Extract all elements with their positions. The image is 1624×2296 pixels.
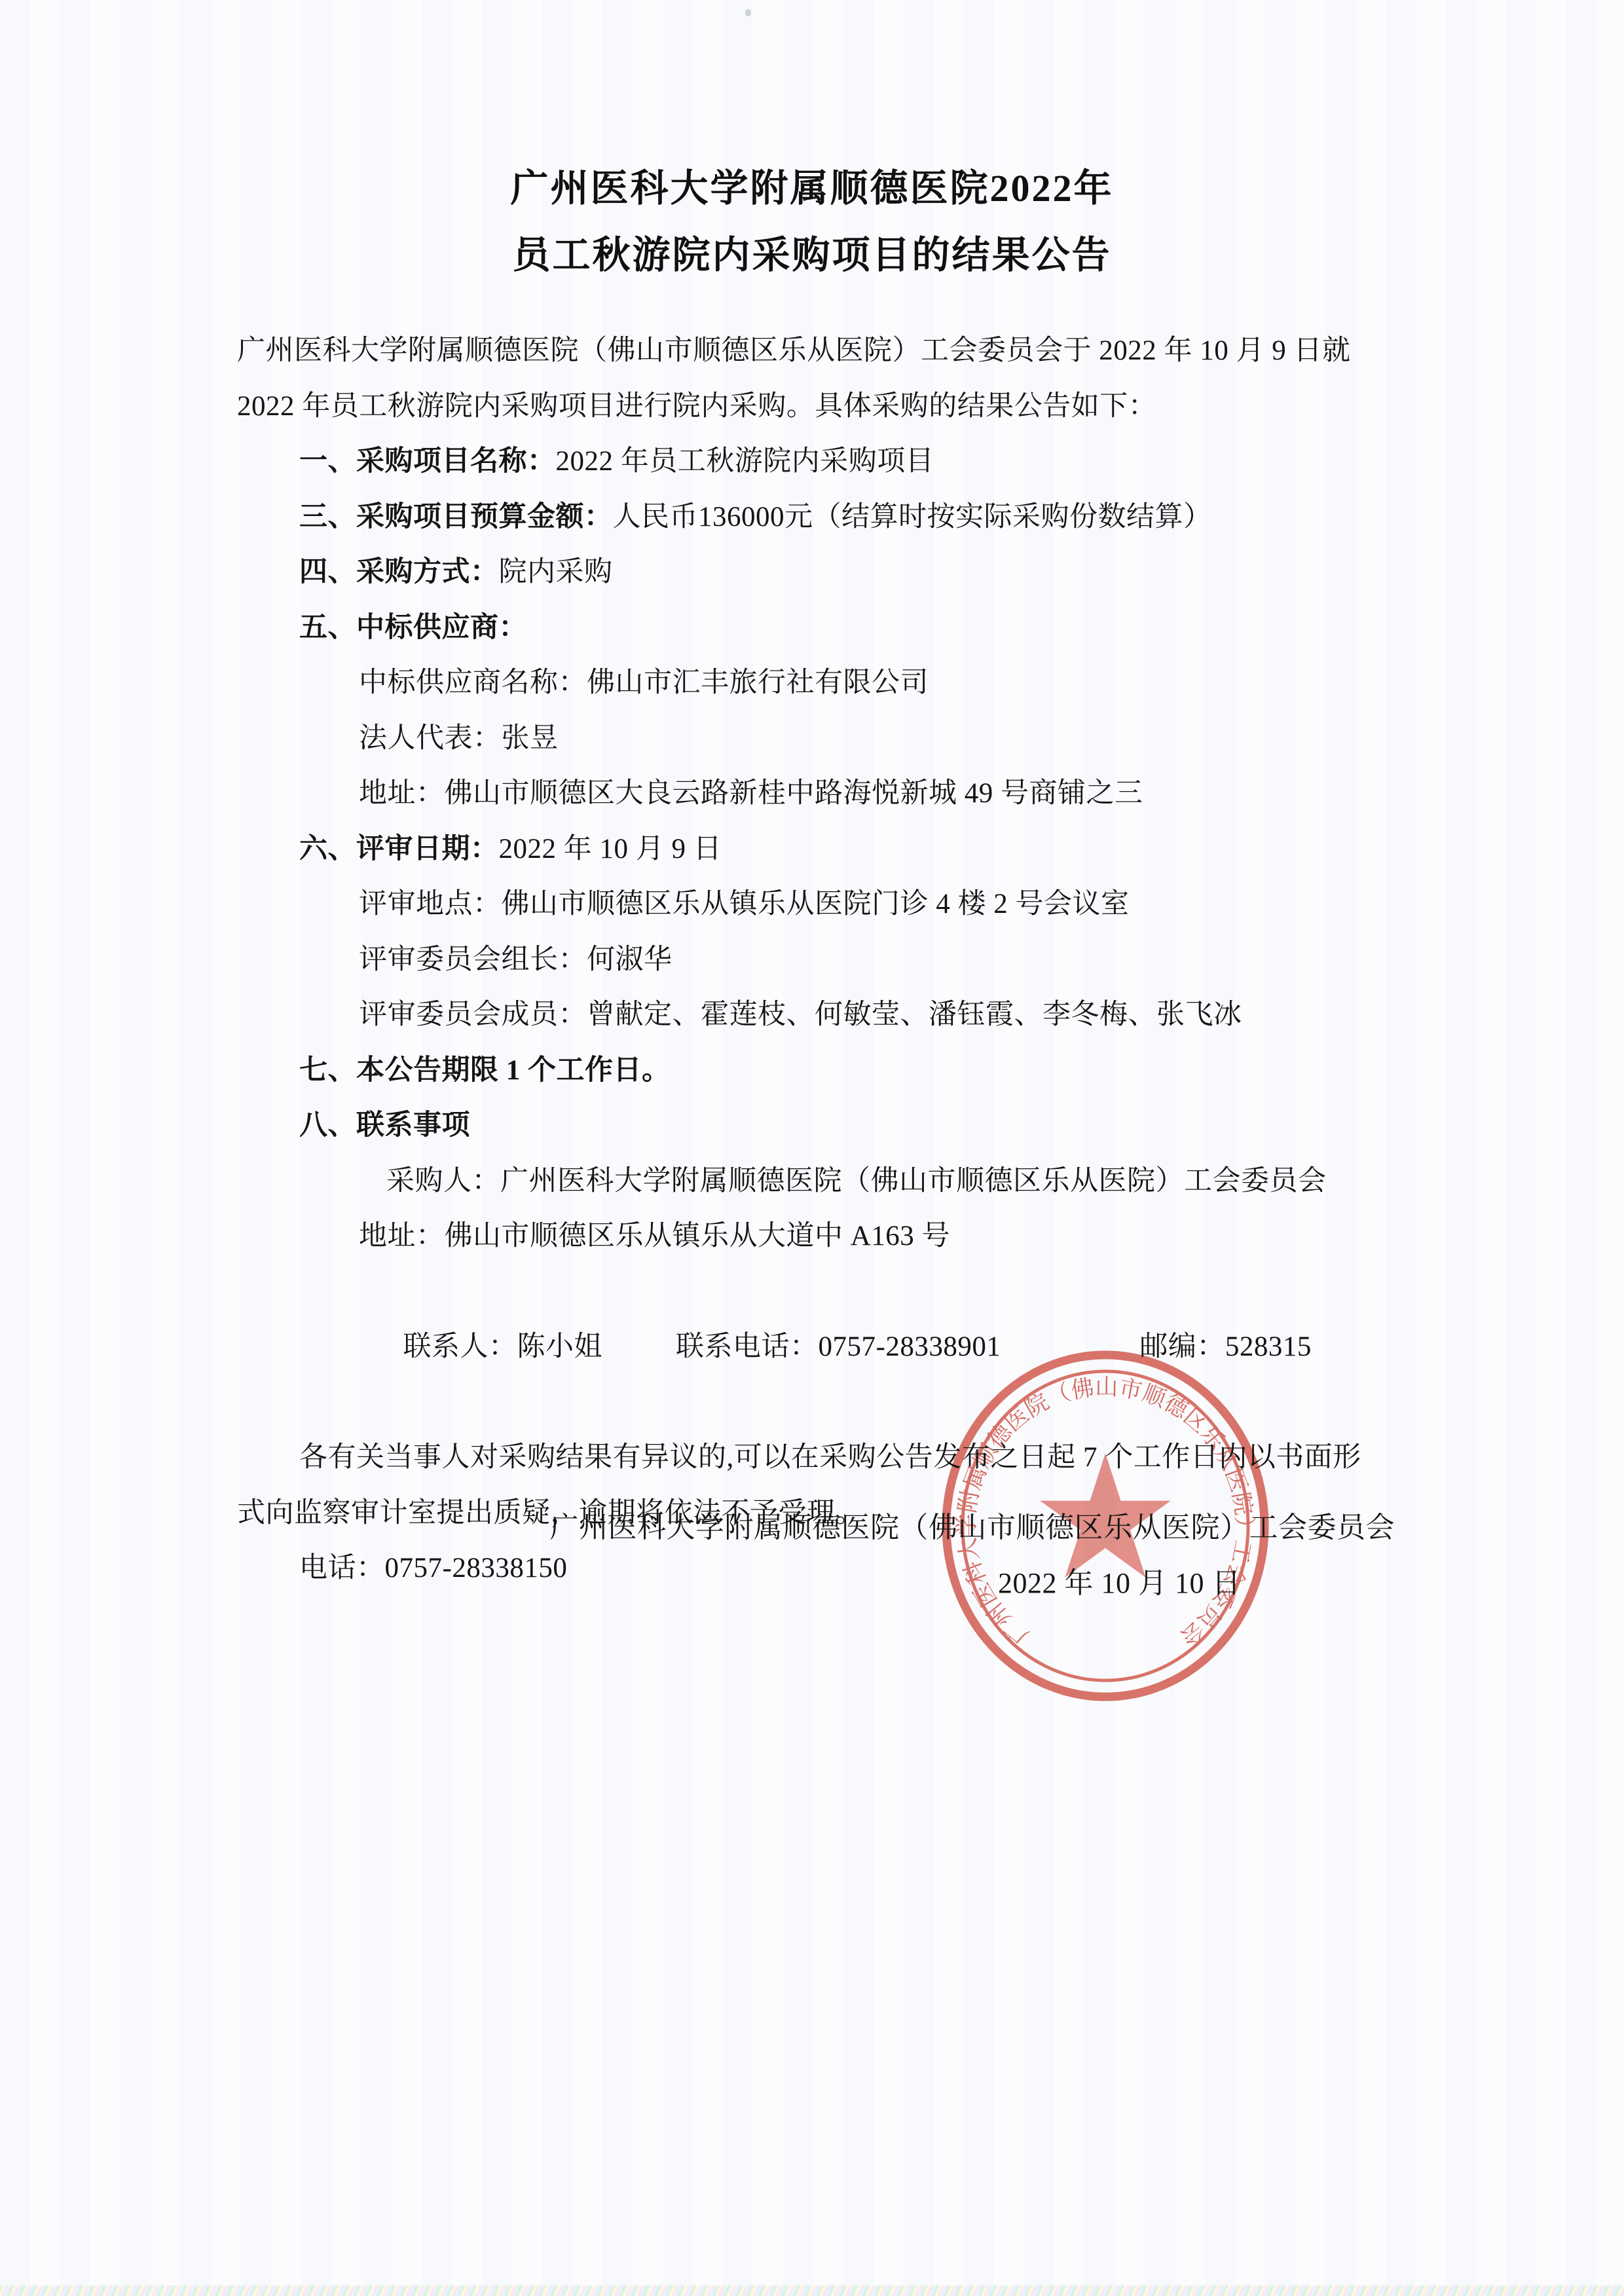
contact-phone: 联系电话：0757-28338901 [676, 1331, 1001, 1362]
item-notice-period: 七、本公告期限 1 个工作日。 [237, 1043, 1390, 1099]
contact-person: 联系人：陈小姐 [403, 1331, 603, 1362]
item-contact-section: 八、联系事项 [237, 1098, 1390, 1154]
contact-row: 联系人：陈小姐联系电话：0757-28338901邮编：528315 [237, 1265, 1390, 1431]
review-committee-members: 评审委员会成员：曾献定、霍莲枝、何敏莹、潘钰霞、李冬梅、张飞冰 [237, 988, 1390, 1043]
contact-postal-code: 邮编：528315 [1139, 1331, 1312, 1362]
date-line: 2022 年 10 月 10 日 [0, 1555, 1395, 1611]
document-body: 广州医科大学附属顺德医院（佛山市顺德区乐从医院）工会委员会于 2022 年 10… [237, 324, 1390, 1597]
scan-artifact-speck [745, 9, 751, 16]
objection-line-1: 各有关当事人对采购结果有异议的,可以在采购公告发布之日起 7 个工作日内以书面形 [237, 1430, 1390, 1486]
buyer-address-line: 地址：佛山市顺德区乐从镇乐从大道中 A163 号 [237, 1209, 1390, 1265]
supplier-name: 中标供应商名称：佛山市汇丰旅行社有限公司 [237, 656, 1390, 711]
document-footer: 广州医科大学附属顺德医院（佛山市顺德区乐从医院）工会委员会 2022 年 10 … [0, 1500, 1395, 1611]
supplier-legal-rep: 法人代表：张昱 [237, 711, 1390, 767]
buyer-line: 采购人：广州医科大学附属顺德医院（佛山市顺德区乐从医院）工会委员会 [237, 1154, 1390, 1210]
intro-line-2: 2022 年员工秋游院内采购项目进行院内采购。具体采购的结果公告如下： [237, 379, 1390, 435]
scan-edge-artifact [0, 2286, 1624, 2296]
item-budget: 三、采购项目预算金额：人民币136000元（结算时按实际采购份数结算） [237, 490, 1390, 546]
item-project-name: 一、采购项目名称：2022 年员工秋游院内采购项目 [237, 434, 1390, 490]
title-line-1: 广州医科大学附属顺德医院2022年 [0, 155, 1624, 222]
scanned-announcement-page: 广州医科大学附属顺德医院2022年 员工秋游院内采购项目的结果公告 广州医科大学… [0, 0, 1624, 2296]
review-location: 评审地点：佛山市顺德区乐从镇乐从医院门诊 4 楼 2 号会议室 [237, 877, 1390, 933]
item-procurement-method: 四、采购方式：院内采购 [237, 545, 1390, 601]
document-title: 广州医科大学附属顺德医院2022年 员工秋游院内采购项目的结果公告 [0, 155, 1624, 289]
intro-line-1: 广州医科大学附属顺德医院（佛山市顺德区乐从医院）工会委员会于 2022 年 10… [237, 324, 1390, 379]
title-line-2: 员工秋游院内采购项目的结果公告 [0, 222, 1624, 289]
signature-line: 广州医科大学附属顺德医院（佛山市顺德区乐从医院）工会委员会 [0, 1500, 1395, 1555]
review-committee-chair: 评审委员会组长：何淑华 [237, 933, 1390, 988]
supplier-address: 地址：佛山市顺德区大良云路新桂中路海悦新城 49 号商铺之三 [237, 766, 1390, 822]
item-review-date: 六、评审日期：2022 年 10 月 9 日 [237, 822, 1390, 878]
item-winning-supplier: 五、中标供应商： [237, 601, 1390, 656]
